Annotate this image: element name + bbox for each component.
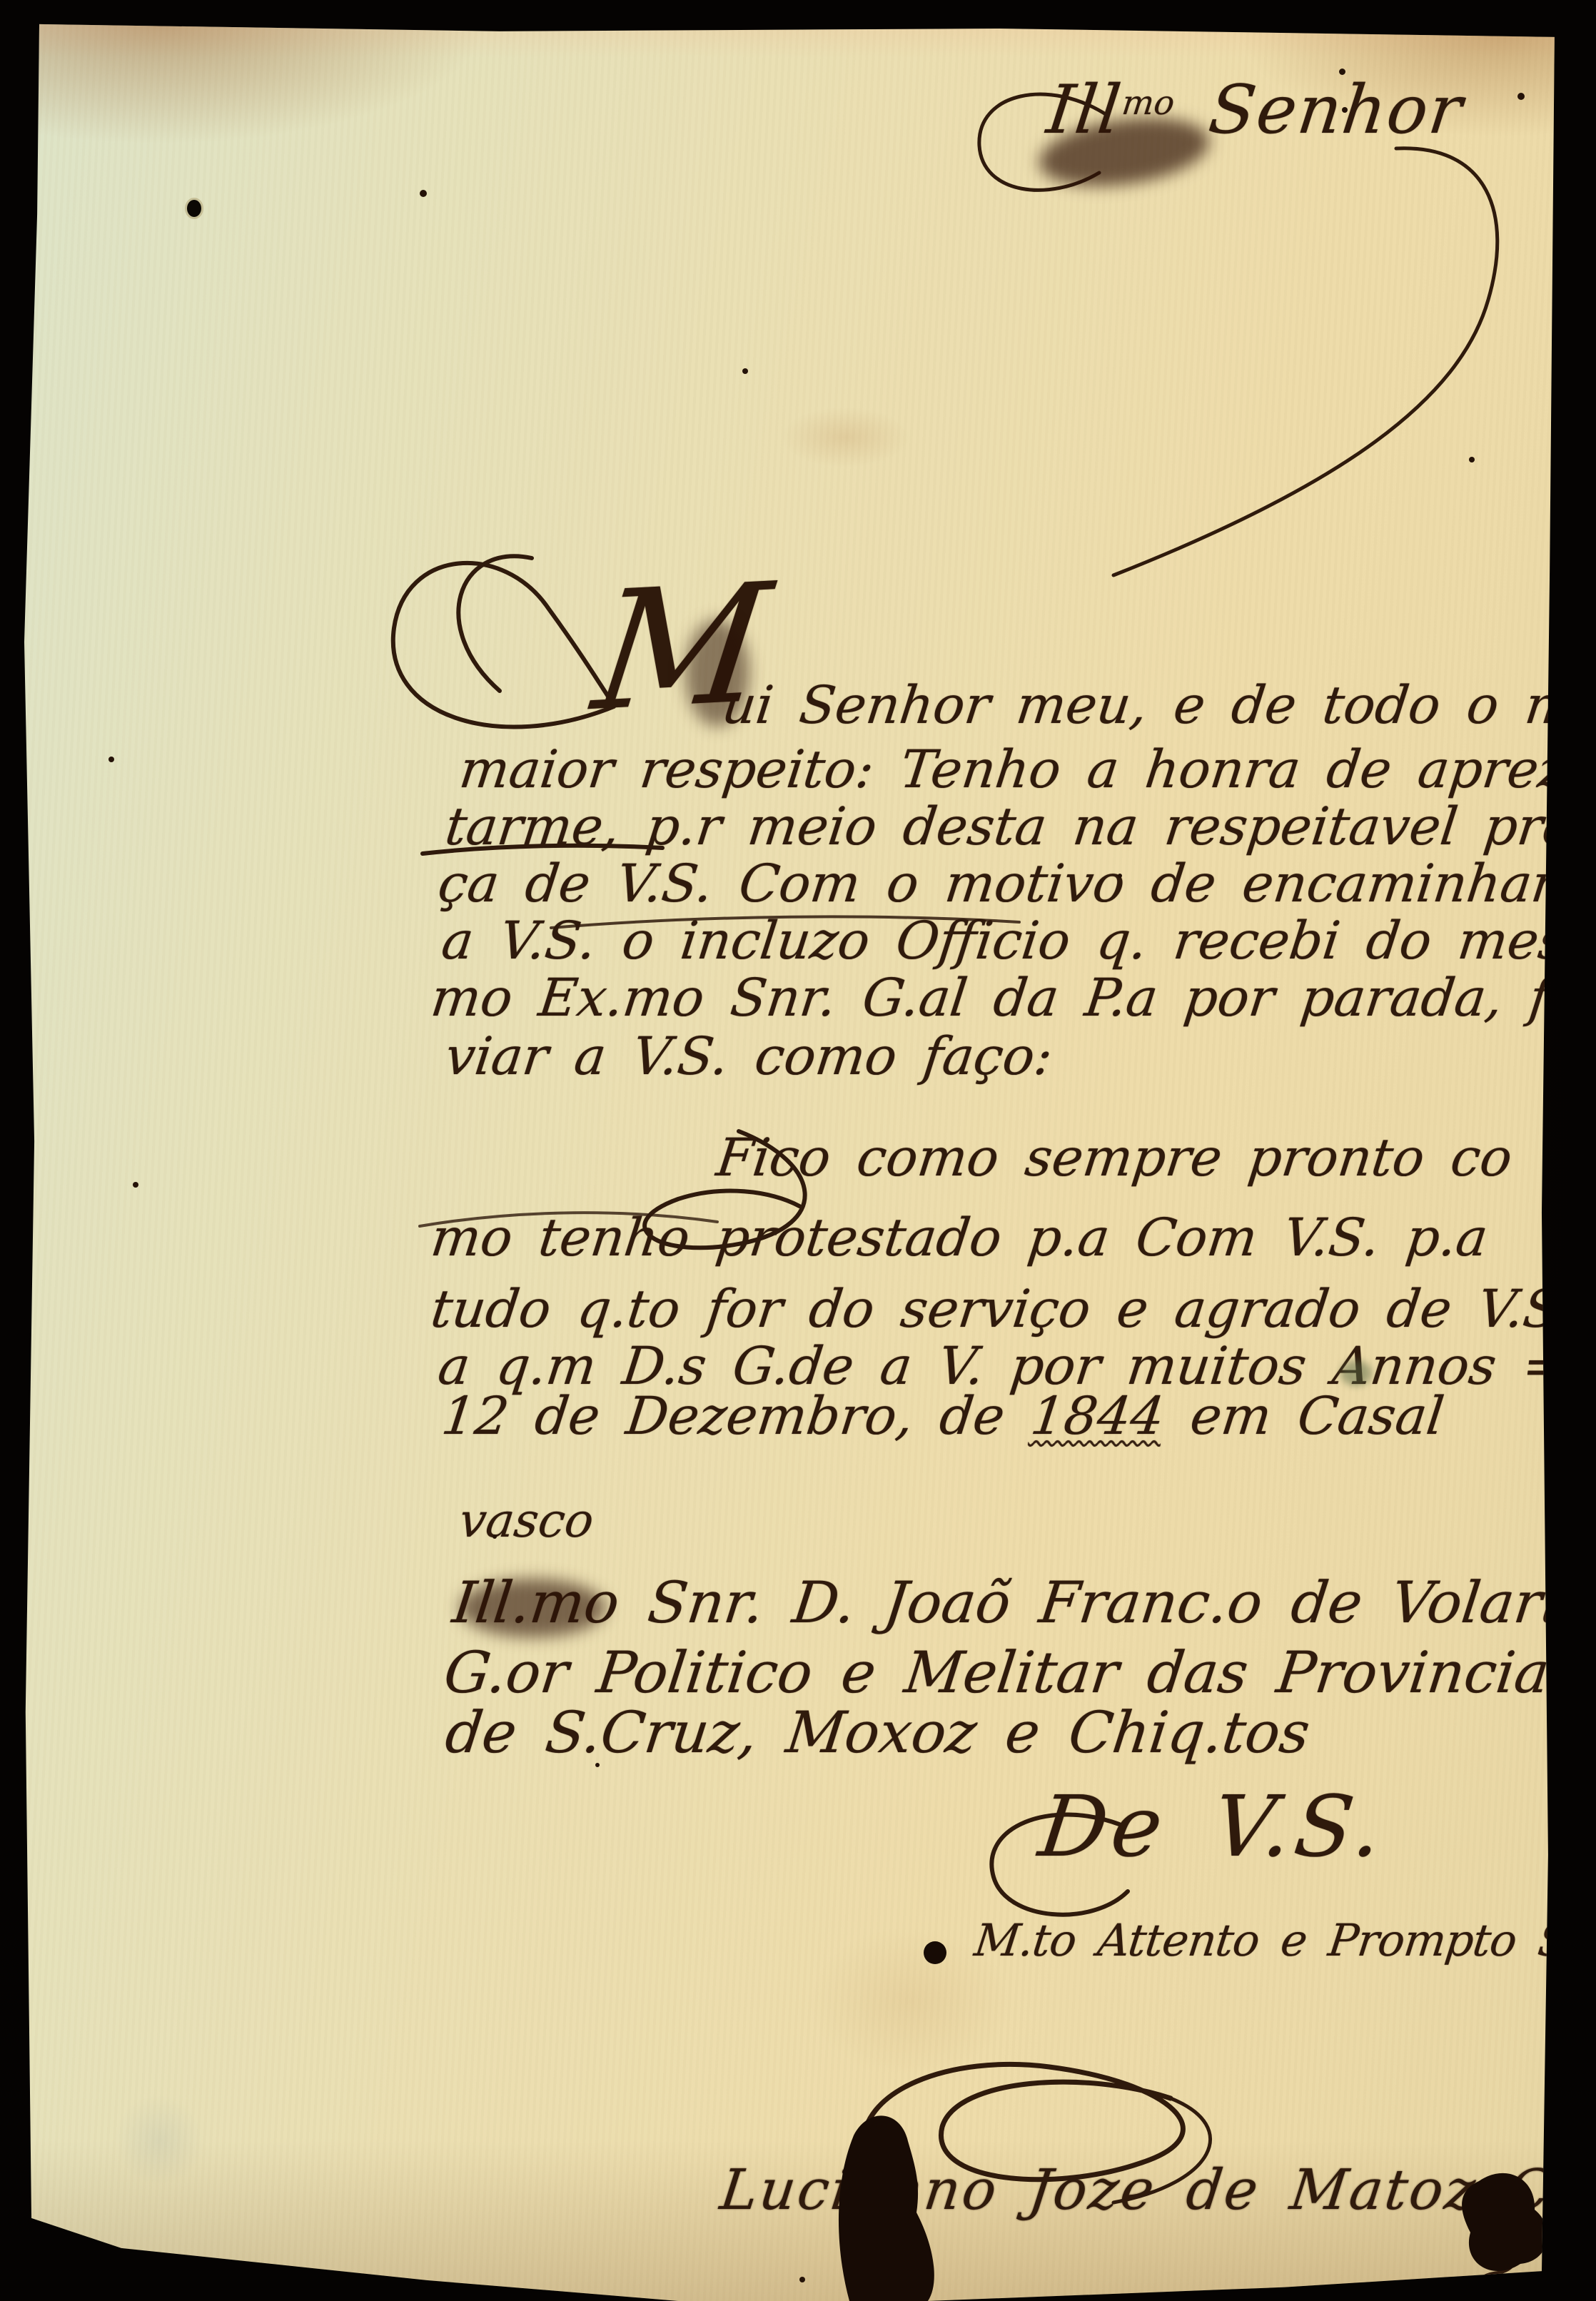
- ink-smudge-address: [460, 1579, 606, 1637]
- date-line: 12 de Dezembro, de 1844 em Casal: [439, 1390, 1447, 1442]
- stain-green: [1340, 1360, 1372, 1386]
- manuscript-photo-scene: Illmo Senhor M ui Senhor meu, e de todo …: [0, 0, 1596, 2301]
- salutation-tail-flourish: [1113, 148, 1497, 575]
- date-post: em Casal: [1160, 1386, 1447, 1447]
- body-line: ça de V.S. Com o motivo de encaminhar: [435, 858, 1560, 910]
- signature-end-flourish: [1475, 2245, 1516, 2301]
- ink-speck: [742, 368, 748, 374]
- body-line: a V.S. o incluzo Officio q. recebi do me…: [439, 915, 1569, 967]
- ink-drop: [924, 1941, 946, 1964]
- address-line: de S.Cruz, Moxoz e Chiq.tos: [443, 1704, 1313, 1761]
- body-line: mo Ex.mo Snr. G.al da P.a por parada, fa…: [428, 972, 1596, 1024]
- body-line: maior respeito: Tenho a honra de aprezen: [457, 744, 1596, 796]
- ink-speck: [1342, 107, 1348, 113]
- body-line: a q.m D.s G.de a V. por muitos Annos =: [435, 1340, 1570, 1392]
- date-year: 1844: [1028, 1386, 1168, 1447]
- place-continuation: vasco: [457, 1497, 596, 1544]
- body-line: mo tenho protestado p.a Com V.S. p.a: [428, 1212, 1490, 1264]
- ink-speck: [799, 2277, 805, 2282]
- ink-speck: [1469, 457, 1475, 462]
- initial-loop-flourish: [458, 556, 532, 691]
- body-line: Fico como sempre pronto co: [714, 1132, 1515, 1184]
- body-line: ui Senhor meu, e de todo o meu: [719, 679, 1596, 732]
- letter-paper: Illmo Senhor M ui Senhor meu, e de todo …: [0, 0, 1596, 2301]
- ink-speck: [493, 1534, 497, 1539]
- closing-courtesy: M.to Attento e Prompto Serv.or: [972, 1918, 1596, 1963]
- ink-smudge-initial: [685, 619, 749, 727]
- closing-formula: De V.S.: [1035, 1784, 1390, 1868]
- salutation-rest: Senhor: [1205, 71, 1468, 149]
- body-line: tudo q.to for do serviço e agrado de V.S…: [428, 1283, 1577, 1335]
- ink-speck: [1118, 874, 1122, 878]
- address-line: G.or Politico e Melitar das Provincias: [441, 1644, 1582, 1701]
- paper-hole: [187, 200, 201, 217]
- ink-speck: [1339, 69, 1345, 75]
- body-line: tarme, p.r meio desta na respeitavel pre…: [443, 801, 1596, 853]
- initial-loop-flourish: [393, 563, 614, 727]
- ink-speck: [133, 1182, 138, 1188]
- date-pre: 12 de Dezembro, de: [438, 1386, 1035, 1447]
- ink-speck: [420, 190, 427, 197]
- body-line: viar a V.S. como faço:: [443, 1031, 1055, 1083]
- salutation-superscript: mo: [1120, 84, 1177, 123]
- address-line: Ill.mo Snr. D. Joaõ Franc.o de Volarta.: [450, 1574, 1596, 1632]
- ink-speck: [108, 757, 114, 762]
- ink-speck: [1517, 93, 1525, 100]
- ink-speck: [595, 1763, 600, 1767]
- signature: Lucianno Joze de Matoz Coelho: [717, 2163, 1596, 2218]
